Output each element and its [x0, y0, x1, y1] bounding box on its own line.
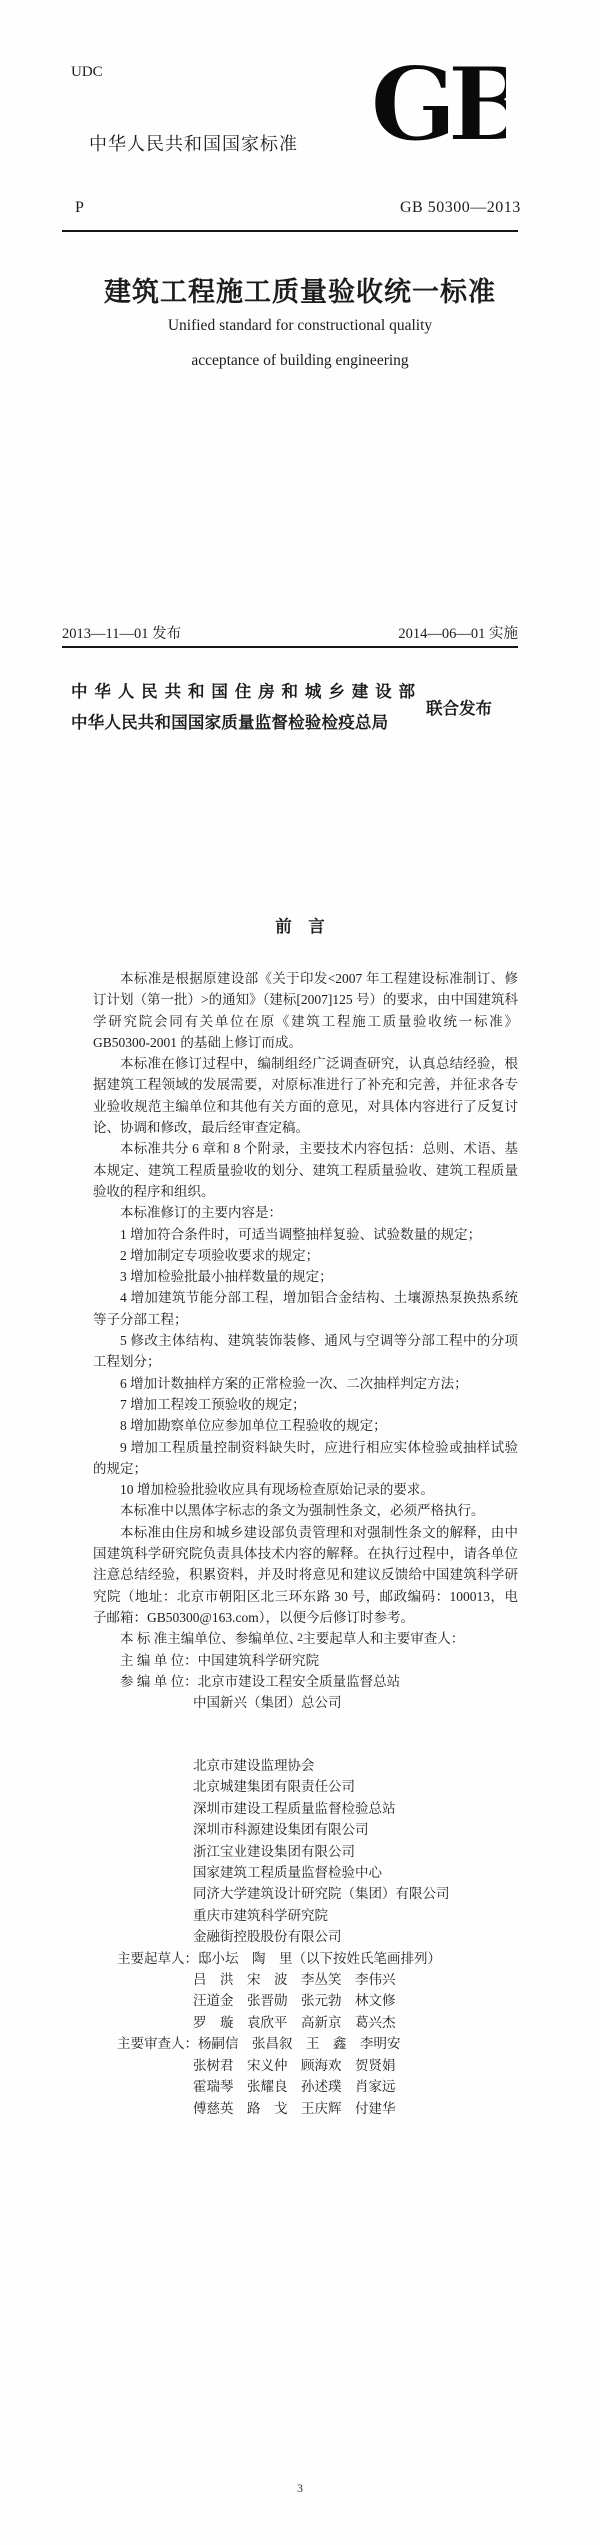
participant-organization: 金融街控股股份有限公司 [193, 1926, 537, 1947]
gb-logo-icon: GB [372, 46, 506, 164]
drafter-name-row: 汪道金 张晋勋 张元勃 林文修 [193, 1990, 537, 2011]
foreword-paragraph: 本标准修订的主要内容是： [93, 1202, 518, 1223]
page-number-2: 2 [0, 1630, 600, 1645]
publisher-line1: 中华人民共和国住房和城乡建设部 [71, 678, 415, 702]
page-number-3: 3 [0, 2481, 600, 2496]
reviewer-name-row: 傅慈英 路 戈 王庆辉 付建华 [193, 2098, 537, 2119]
chief-editor-line: 主 编 单 位：中国建筑科学研究院 [93, 1650, 518, 1671]
foreword-paragraph: 本标准是根据原建设部《关于印发<2007 年工程建设标准制订、修订计划（第一批）… [93, 968, 518, 1053]
revision-item: 1 增加符合条件时，可适当调整抽样复验、试验数量的规定； [93, 1224, 518, 1245]
foreword-body: 本标准是根据原建设部《关于印发<2007 年工程建设标准制订、修订计划（第一批）… [93, 968, 518, 1713]
standard-title-english-line1: Unified standard for constructional qual… [0, 317, 600, 335]
revision-item: 5 修改主体结构、建筑装饰装修、通风与空调等分部工程中的分项工程划分； [93, 1330, 518, 1373]
participant-continuation-line: 中国新兴（集团）总公司 [193, 1692, 518, 1713]
revision-item: 2 增加制定专项验收要求的规定； [93, 1245, 518, 1266]
revision-item: 7 增加工程竣工预验收的规定； [93, 1394, 518, 1415]
publisher-line2: 中华人民共和国国家质量监督检验检疫总局 [71, 709, 415, 733]
revision-item: 6 增加计数抽样方案的正常检验一次、二次抽样判定方法； [93, 1373, 518, 1394]
issue-date: 2013—11—01 发布 [62, 622, 181, 643]
drafter-name-row: 吕 洪 宋 波 李丛笑 李伟兴 [193, 1969, 537, 1990]
foreword-paragraph: 本标准在修订过程中，编制组经广泛调查研究，认真总结经验，根据建筑工程领域的发展需… [93, 1053, 518, 1138]
p-classification-label: P [75, 199, 84, 217]
participant-organization: 同济大学建筑设计研究院（集团）有限公司 [193, 1883, 537, 1904]
joint-release-label: 联合发布 [426, 695, 492, 719]
reviewer-name-row: 霍瑞琴 张耀良 孙述璞 肖家远 [193, 2076, 537, 2097]
standard-document-page: UDC 中华人民共和国国家标准 GB P GB 50300—2013 建筑工程施… [0, 0, 600, 2545]
participant-line: 参 编 单 位：北京市建设工程安全质量监督总站 [93, 1671, 518, 1692]
standard-type-heading: 中华人民共和国国家标准 [89, 130, 298, 156]
participant-organization: 重庆市建筑科学研究院 [193, 1905, 537, 1926]
publisher-block: 中华人民共和国住房和城乡建设部 中华人民共和国国家质量监督检验检疫总局 联合发布 [71, 678, 518, 733]
revision-item: 8 增加勘察单位应参加单位工程验收的规定； [93, 1415, 518, 1436]
participant-organization: 深圳市建设工程质量监督检验总站 [193, 1798, 537, 1819]
cover-top-rule [62, 230, 518, 232]
participant-organization: 浙江宝业建设集团有限公司 [193, 1841, 537, 1862]
cover-bottom-rule [62, 646, 518, 648]
drafters-intro-line: 主要起草人：邸小坛 陶 里（以下按姓氏笔画排列） [117, 1948, 537, 1969]
udc-label: UDC [71, 64, 103, 81]
standard-title-english-line2: acceptance of building engineering [0, 352, 600, 370]
revision-item: 9 增加工程质量控制资料缺失时，应进行相应实体检验或抽样试验的规定； [93, 1437, 518, 1480]
drafter-name-row: 罗 璇 袁欣平 高新京 葛兴杰 [193, 2012, 537, 2033]
credits-section: 北京市建设监理协会 北京城建集团有限责任公司 深圳市建设工程质量监督检验总站 深… [117, 1755, 537, 2119]
standard-title-chinese: 建筑工程施工质量验收统一标准 [0, 270, 600, 309]
revision-item: 4 增加建筑节能分部工程，增加铝合金结构、土壤源热泵换热系统等子分部工程； [93, 1287, 518, 1330]
date-row: 2013—11—01 发布 2014—06—01 实施 [62, 622, 518, 643]
foreword-paragraph: 本标准共分 6 章和 8 个附录，主要技术内容包括：总则、术语、基本规定、建筑工… [93, 1138, 518, 1202]
foreword-paragraph: 本标准中以黑体字标志的条文为强制性条文，必须严格执行。 [93, 1500, 518, 1521]
gb-logo-letters: GB [372, 46, 506, 164]
standard-number: GB 50300—2013 [400, 199, 521, 217]
publisher-column: 中华人民共和国住房和城乡建设部 中华人民共和国国家质量监督检验检疫总局 [71, 678, 415, 733]
foreword-heading: 前 言 [0, 913, 600, 937]
foreword-paragraph: 本标准由住房和城乡建设部负责管理和对强制性条文的解释，由中国建筑科学研究院负责具… [93, 1522, 518, 1628]
participant-organization: 国家建筑工程质量监督检验中心 [193, 1862, 537, 1883]
participant-organization: 北京城建集团有限责任公司 [193, 1776, 537, 1797]
reviewer-name-row: 张树君 宋义仲 顾海欢 贺贤娟 [193, 2055, 537, 2076]
participant-organization: 北京市建设监理协会 [193, 1755, 537, 1776]
reviewers-intro-line: 主要审查人：杨嗣信 张昌叙 王 鑫 李明安 [117, 2033, 537, 2054]
implement-date: 2014—06—01 实施 [398, 622, 518, 643]
revision-item: 3 增加检验批最小抽样数量的规定； [93, 1266, 518, 1287]
revision-item: 10 增加检验批验收应具有现场检查原始记录的要求。 [93, 1479, 518, 1500]
participant-organization: 深圳市科源建设集团有限公司 [193, 1819, 537, 1840]
